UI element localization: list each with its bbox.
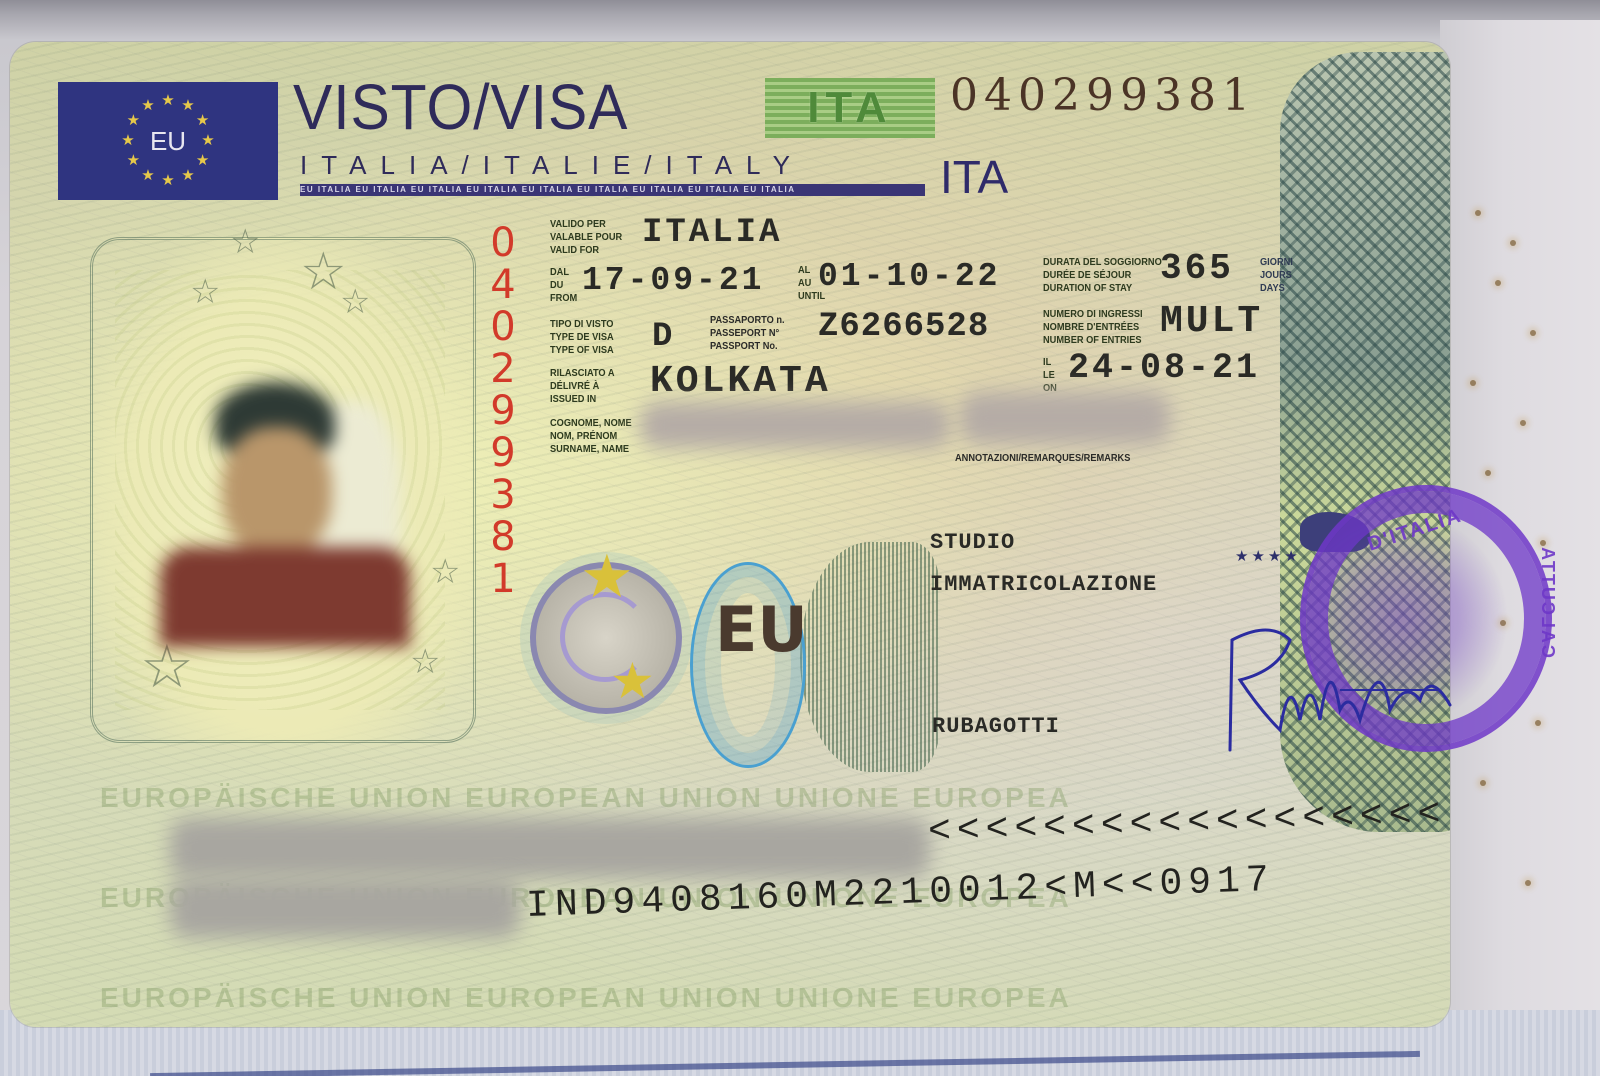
label-visa-type: TIPO DI VISTOTYPE DE VISATYPE OF VISA (550, 318, 614, 357)
star-outline-icon: ☆ (340, 282, 370, 322)
value-until: 01-10-22 (818, 258, 1000, 295)
ita-optical-badge: ITA (765, 78, 935, 138)
serial-digit: 9 (486, 432, 520, 474)
star-icon: ★ (610, 652, 655, 710)
value-visa-type: D (652, 318, 675, 356)
holder-photo-blurred (150, 382, 410, 657)
serial-digit: 3 (486, 474, 520, 516)
flag-star-icon: ★ (120, 133, 136, 148)
remarks-line-2: IMMATRICOLAZIONE (930, 572, 1157, 597)
value-issued-in: KOLKATA (650, 360, 831, 403)
background-microtext: EUROPÄISCHE UNION EUROPEAN UNION UNIONE … (100, 982, 1072, 1014)
flag-star-icon: ★ (200, 133, 216, 148)
label-issued-on: ILLEON (1043, 356, 1057, 395)
signature (1190, 610, 1490, 760)
flag-star-icon: ★ (160, 93, 176, 108)
flag-star-icon: ★ (195, 153, 211, 168)
latent-image (800, 542, 940, 772)
issuing-country: ITALIA/ITALIE/ITALY (300, 150, 804, 181)
serial-digit: 9 (486, 390, 520, 432)
serial-digit: 4 (486, 264, 520, 306)
label-entries: NUMERO DI INGRESSINOMBRE D'ENTRÉESNUMBER… (1043, 308, 1143, 347)
visa-number: 040299381 (950, 70, 1256, 121)
eu-security-letters: EU (715, 602, 808, 658)
label-issued-in: RILASCIATO ADÉLIVRÉ ÀISSUED IN (550, 367, 615, 406)
flag-star-icon: ★ (140, 98, 156, 113)
mrz-redacted (170, 878, 520, 938)
label-passport-no: PASSAPORTO n.PASSEPORT N°PASSPORT No. (710, 314, 785, 353)
stars-row: ★★★★ (1235, 547, 1301, 565)
remarks-line-1: STUDIO (930, 530, 1015, 555)
value-issued-on: 24-08-21 (1068, 348, 1260, 388)
microprint-band: EU ITALIA EU ITALIA EU ITALIA EU ITALIA … (300, 184, 925, 196)
country-code: ITA (940, 150, 1008, 204)
visa-title: VISTO/VISA (293, 70, 628, 144)
remarks-line-4: RUBAGOTTI (932, 714, 1060, 739)
serial-digit: 8 (486, 516, 520, 558)
value-duration: 365 (1160, 248, 1234, 289)
flag-star-icon: ★ (180, 98, 196, 113)
label-remarks: ANNOTAZIONI/REMARQUES/REMARKS (955, 452, 1130, 465)
star-outline-icon: ☆ (190, 272, 220, 312)
background-microtext: EUROPÄISCHE UNION EUROPEAN UNION UNIONE … (100, 782, 1072, 814)
mrz-redacted (170, 818, 930, 878)
flag-star-icon: ★ (195, 113, 211, 128)
flag-star-icon: ★ (160, 173, 176, 188)
serial-digit: 0 (486, 222, 520, 264)
vertical-serial-number: 040299381 (486, 222, 520, 600)
value-entries: MULT (1160, 300, 1263, 343)
value-passport-no: Z6266528 (818, 308, 989, 346)
label-valid-for: VALIDO PERVALABLE POURVALID FOR (550, 218, 622, 257)
visa-sticker: EU ★★★★★★★★★★★★ VISTO/VISA ITALIA/ITALIE… (10, 42, 1450, 1027)
label-duration-unit: GIORNIJOURSDAYS (1260, 256, 1293, 295)
flag-star-icon: ★ (140, 168, 156, 183)
star-outline-icon: ☆ (230, 222, 260, 262)
label-from: DALDUFROM (550, 266, 577, 305)
flag-star-icon: ★ (180, 168, 196, 183)
star-outline-icon: ☆ (410, 642, 440, 682)
eu-flag: EU ★★★★★★★★★★★★ (58, 82, 278, 200)
name-redacted (960, 392, 1170, 444)
star-outline-icon: ☆ (430, 552, 460, 592)
flag-star-icon: ★ (125, 113, 141, 128)
label-duration: DURATA DEL SOGGIORNODURÉE DE SÉJOURDURAT… (1043, 256, 1162, 295)
value-from: 17-09-21 (582, 262, 764, 299)
serial-digit: 0 (486, 306, 520, 348)
flag-star-icon: ★ (125, 153, 141, 168)
label-name: COGNOME, NOMENOM, PRÉNOMSURNAME, NAME (550, 417, 632, 456)
value-valid-for: ITALIA (642, 214, 782, 252)
serial-digit: 1 (486, 558, 520, 600)
star-icon: ★ (580, 542, 634, 612)
name-redacted (640, 402, 950, 448)
serial-digit: 2 (486, 348, 520, 390)
